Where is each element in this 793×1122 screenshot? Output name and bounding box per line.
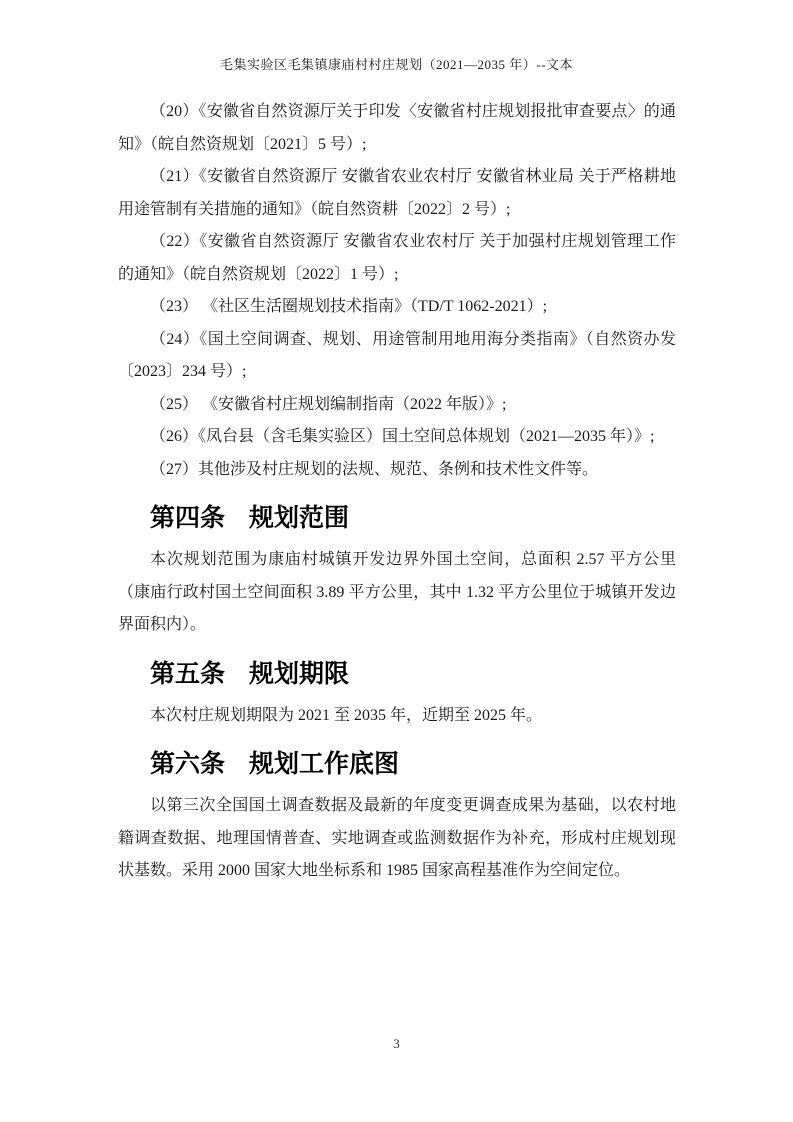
page-content: （20）《安徽省自然资源厅关于印发〈安徽省村庄规划报批审查要点〉的通知》（皖自然… <box>118 96 676 888</box>
section-heading-article-6: 第六条规划工作底图 <box>118 746 676 782</box>
reference-item-21: （21）《安徽省自然资源厅 安徽省农业农村厅 安徽省林业局 关于严格耕地用途管制… <box>118 161 676 226</box>
section-number: 第六条 <box>150 746 225 782</box>
reference-item-20: （20）《安徽省自然资源厅关于印发〈安徽省村庄规划报批审查要点〉的通知》（皖自然… <box>118 96 676 161</box>
section-title: 规划期限 <box>249 660 349 688</box>
reference-item-22: （22）《安徽省自然资源厅 安徽省农业农村厅 关于加强村庄规划管理工作的通知》（… <box>118 226 676 291</box>
section-number: 第四条 <box>150 500 225 536</box>
section-title: 规划工作底图 <box>249 750 399 778</box>
reference-item-26: （26）《凤台县（含毛集实验区）国土空间总体规划（2021—2035 年）》; <box>118 421 676 454</box>
page-header-title: 毛集实验区毛集镇康庙村村庄规划（2021—2035 年）--文本 <box>0 54 793 73</box>
section-number: 第五条 <box>150 656 225 692</box>
section-title: 规划范围 <box>249 504 349 532</box>
reference-item-23: （23） 《社区生活圈规划技术指南》（TD/T 1062-2021）; <box>118 291 676 324</box>
section-paragraph-article-4: 本次规划范围为康庙村城镇开发边界外国土空间，总面积 2.57 平方公里（康庙行政… <box>118 544 676 642</box>
page-number: 3 <box>0 1036 793 1052</box>
section-paragraph-article-6: 以第三次全国国土调查数据及最新的年度变更调查成果为基础，以农村地籍调查数据、地理… <box>118 790 676 888</box>
section-paragraph-article-5: 本次村庄规划期限为 2021 至 2035 年，近期至 2025 年。 <box>118 700 676 733</box>
section-heading-article-5: 第五条规划期限 <box>118 656 676 692</box>
reference-item-24: （24）《国土空间调查、规划、用途管制用地用海分类指南》（自然资办发〔2023〕… <box>118 324 676 389</box>
section-heading-article-4: 第四条规划范围 <box>118 500 676 536</box>
reference-item-27: （27）其他涉及村庄规划的法规、规范、条例和技术性文件等。 <box>118 454 676 487</box>
document-page: 毛集实验区毛集镇康庙村村庄规划（2021—2035 年）--文本 （20）《安徽… <box>0 0 793 1122</box>
reference-item-25: （25） 《安徽省村庄规划编制指南（2022 年版）》; <box>118 389 676 422</box>
